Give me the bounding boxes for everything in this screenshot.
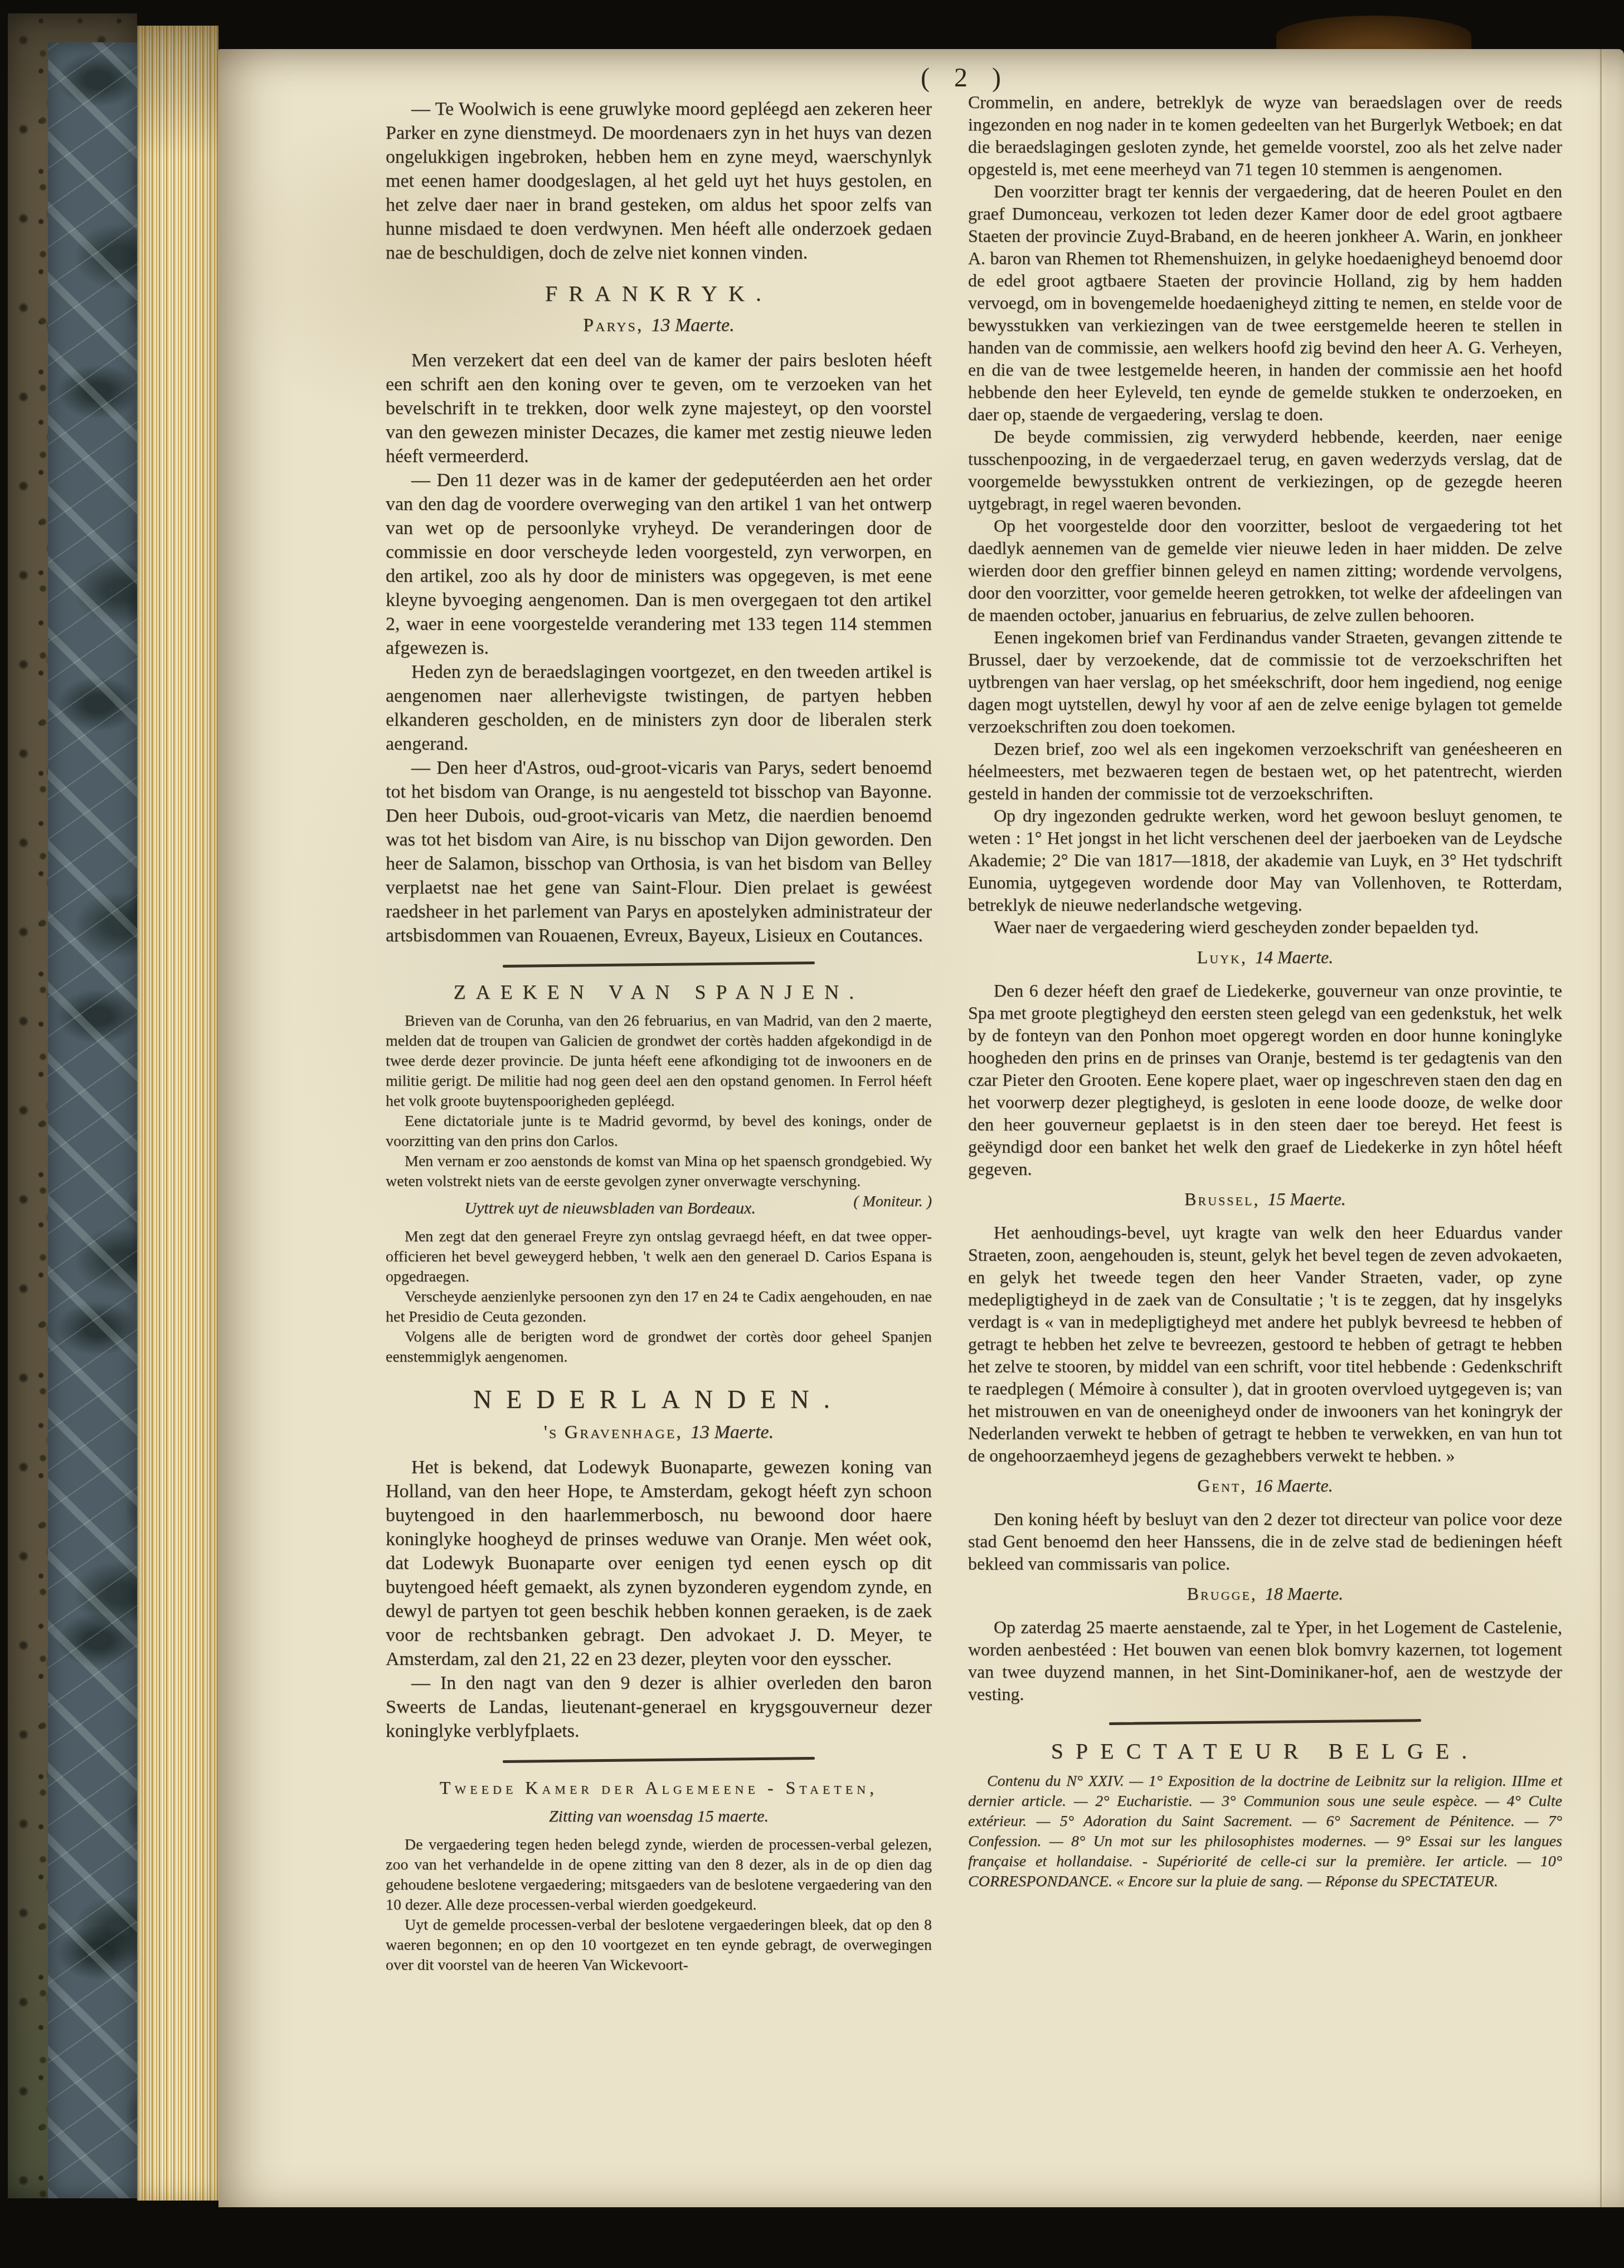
section-heading-spectateur: SPECTATEUR BELGE. [968,1740,1562,1762]
dateline-gent: Gent,16 Maerte. [968,1474,1562,1497]
paragraph: Volgens alle de berigten word de grondwe… [386,1327,932,1367]
dateline-city: Gent, [1197,1475,1247,1495]
dateline-city: Luyk, [1197,947,1247,967]
paragraph: De vergaedering tegen heden belegd zynde… [386,1835,932,1915]
paragraph-text: Men vernam er zoo aenstonds de komst van… [386,1153,932,1190]
dateline-date: 16 Maerte. [1255,1475,1333,1495]
paragraph: Verscheyde aenzienlyke persoonen zyn den… [386,1287,932,1327]
dateline-date: 13 Maerte. [691,1422,774,1443]
section-heading-spanjen: ZAEKEN VAN SPANJEN. [386,980,932,1004]
dateline-date: 18 Maerte. [1265,1584,1343,1604]
paragraph: — Den heer d'Astros, oud-groot-vicaris v… [386,756,932,948]
paragraph: Dezen brief, zoo wel als een ingekomen v… [968,737,1562,804]
section-heading-frankryk: FRANKRYK. [386,281,932,305]
scanned-book-photo: ( 2 ) — Te Woolwich is eene gruwlyke moo… [0,0,1624,2268]
section-divider-rule [503,961,815,968]
dateline-date: 14 Maerte. [1255,947,1333,967]
paragraph: Men zegt dat den generael Freyre zyn ont… [386,1227,932,1287]
left-column: — Te Woolwich is eene gruwlyke moord gep… [386,97,932,1975]
paragraph: Op dry ingezonden gedrukte werken, word … [968,804,1562,916]
paragraph: De beyde commissien, zig verwyderd hebbe… [968,425,1562,514]
paragraph: Het is bekend, dat Lodewyk Buonaparte, g… [386,1455,932,1671]
right-column: Crommelin, en andere, betreklyk de wyze … [968,91,1562,1892]
section-heading-nederlanden: NEDERLANDEN. [386,1387,932,1411]
dateline-city: 's Gravenhage, [544,1422,683,1443]
source-attribution: ( Moniteur. ) [834,1192,932,1212]
paragraph: Men verzekert dat een deel van de kamer … [386,348,932,468]
section-heading-tweede-kamer: Tweede Kamer der Algemeene - Staeten, [386,1776,932,1800]
spectateur-contents: Contenu du N° XXIV. — 1° Exposition de l… [968,1771,1562,1892]
dateline-gravenhage: 's Gravenhage,13 Maerte. [386,1420,932,1444]
dateline-city: Parys, [583,315,643,336]
newspaper-page: ( 2 ) — Te Woolwich is eene gruwlyke moo… [218,49,1624,2207]
paragraph: Brieven van de Corunha, van den 26 febru… [386,1011,932,1111]
section-divider-rule [503,1757,815,1763]
news-item-woolwich: — Te Woolwich is eene gruwlyke moord gep… [386,97,932,265]
paragraph: Den koning héeft by besluyt van den 2 de… [968,1508,1562,1575]
paragraph: — In den nagt van den 9 dezer is alhier … [386,1671,932,1743]
paragraph: Eene dictatoriale junte is te Madrid gev… [386,1111,932,1152]
paragraph: Heden zyn de beraedslagingen voortgezet,… [386,660,932,756]
dateline-date: 15 Maerte. [1267,1189,1345,1209]
paragraph: Het aenhoudings-bevel, uyt kragte van we… [968,1221,1562,1466]
paragraph: Eenen ingekomen brief van Ferdinandus va… [968,626,1562,737]
dateline-city: Brussel, [1184,1189,1260,1209]
paragraph: Op het voorgestelde door den voorzitter,… [968,514,1562,626]
dateline-parys: Parys,13 Maerte. [386,313,932,337]
section-divider-rule [1109,1719,1421,1725]
dateline-brugge: Brugge,18 Maerte. [968,1582,1562,1605]
paragraph: — Den 11 dezer was in de kamer der gedep… [386,468,932,660]
paragraph: Men vernam er zoo aenstonds de komst van… [386,1152,932,1192]
paragraph: Den voorzitter bragt ter kennis der verg… [968,180,1562,425]
dateline-date: 13 Maerte. [651,315,734,336]
paragraph: Op zaterdag 25 maerte aenstaende, zal te… [968,1616,1562,1705]
page-fore-edges [137,26,218,2201]
paragraph: Uyt de gemelde processen-verbal der besl… [386,1915,932,1975]
dateline-brussel: Brussel,15 Maerte. [968,1188,1562,1210]
marbled-endpaper [48,42,137,2198]
dateline-luyk: Luyk,14 Maerte. [968,946,1562,968]
paragraph: Den 6 dezer héeft den graef de Liedekerk… [968,979,1562,1180]
subheading-zitting: Zitting van woensdag 15 maerte. [386,1804,932,1828]
paragraph-continuation: Crommelin, en andere, betreklyk de wyze … [968,91,1562,180]
dateline-city: Brugge, [1187,1584,1257,1604]
page-number: ( 2 ) [904,62,1027,93]
paragraph: Waer naer de vergaedering wierd gescheyd… [968,916,1562,938]
